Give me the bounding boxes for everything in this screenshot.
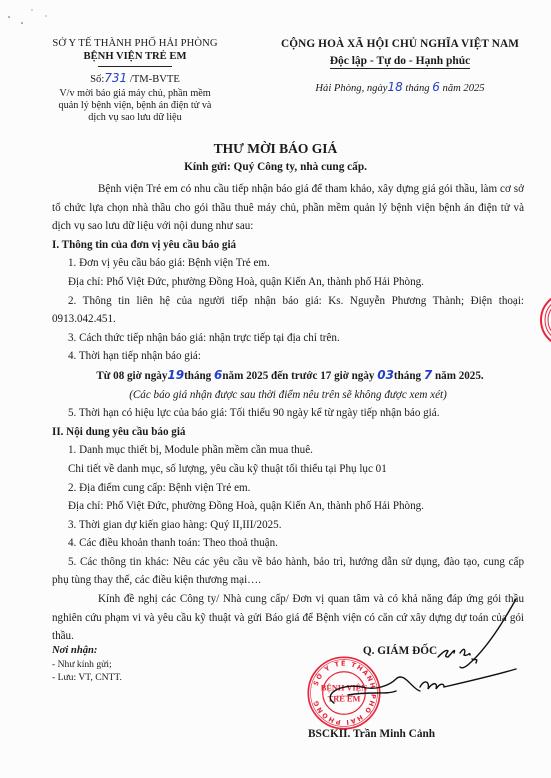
date-month-label: tháng [405,83,429,94]
recipient-item: - Lưu: VT, CNTT. [52,671,122,685]
greeting: Kính gửi: Quý Công ty, nhà cung cấp. [0,161,551,173]
signature-block: Q. GIÁM ĐỐC BSCKII. Trần Minh Cảnh [290,645,460,657]
section-1-item-1: 1. Đơn vị yêu cầu báo giá: Bệnh viện Trẻ… [52,254,524,273]
deadline-end-month: 7 [424,368,432,382]
header-divider [98,66,172,67]
section-2-item-5: 5. Các thông tin khác: Nêu các yêu cầu v… [52,553,524,590]
deadline-part: tháng [394,370,421,382]
subject-line: V/v mời báo giá máy chủ, phần mềm quản l… [40,88,230,125]
deadline-part: năm 2025 đến trước 17 giờ ngày [222,370,374,382]
ref-suffix: /TM-BVTE [130,74,180,85]
section-2-item-4: 4. Các điều khoản thanh toán: Theo thoả … [52,534,524,553]
section-2-item-3: 3. Thời gian dự kiến giao hàng: Quý II,I… [52,516,524,535]
reference-number: Số:731 /TM-BVTE [40,72,230,87]
ref-number-handwritten: 731 [104,71,127,85]
section-2-item-2: 2. Địa điểm cung cấp: Bệnh viện Trẻ em. [52,479,524,498]
department-name: SỞ Y TẾ THÀNH PHỐ HẢI PHÒNG [40,38,230,51]
section-1-item-3: 3. Cách thức tiếp nhận báo giá: nhận trự… [52,329,524,348]
section-2-heading: II. Nội dung yêu cầu báo giá [52,423,524,442]
subject-line-2: quản lý bệnh viện, bệnh án điện tử và [40,100,230,112]
section-1-item-2: 2. Thông tin liên hệ của người tiếp nhận… [52,292,524,329]
date-year: năm 2025 [443,83,485,94]
deadline-part: tháng [184,370,211,382]
section-1-address: Địa chỉ: Phố Việt Đức, phường Đồng Hoà, … [52,273,524,292]
issuer-block: SỞ Y TẾ THÀNH PHỐ HẢI PHÒNG BỆNH VIỆN TR… [40,38,230,124]
section-2-item-1-detail: Chi tiết về danh mục, số lượng, yêu cầu … [52,460,524,479]
section-2-address: Địa chỉ: Phố Việt Đức, phường Đồng Hoà, … [52,497,524,516]
deadline-part: năm 2025. [435,370,484,382]
national-motto: Độc lập - Tự do - Hạnh phúc [330,55,471,69]
section-1-heading: I. Thông tin của đơn vị yêu cầu báo giá [52,236,524,255]
section-1-item-4: 4. Thời hạn tiếp nhận báo giá: [52,347,524,366]
nation-name: CỘNG HOÀ XÃ HỘI CHỦ NGHĨA VIỆT NAM [270,38,530,51]
deadline-end-day: 03 [377,368,394,382]
ref-prefix: Số: [90,74,104,85]
deadline-note: (Các báo giá nhận được sau thời điểm nêu… [52,386,524,405]
recipients-block: Nơi nhận: - Như kính gửi; - Lưu: VT, CNT… [52,644,122,685]
date-month-handwritten: 6 [432,80,440,94]
subject-line-1: V/v mời báo giá máy chủ, phần mềm [40,88,230,100]
scan-specks [0,0,80,40]
recipients-label: Nơi nhận: [52,644,122,658]
date-place: Hải Phòng, ngày [315,83,387,94]
hospital-name: BỆNH VIỆN TRẺ EM [40,51,230,64]
letter-body: Bệnh viện Trẻ em có nhu cầu tiếp nhận bá… [52,180,524,646]
deadline-line: Từ 08 giờ ngày19tháng 6năm 2025 đến trướ… [52,366,524,386]
recipient-item: - Như kính gửi; [52,658,122,672]
document-page: SỞ Y TẾ THÀNH PHỐ HẢI PHÒNG BỆNH VIỆN TR… [0,0,551,778]
section-1-item-5: 5. Thời hạn có hiệu lực của báo giá: Tối… [52,404,524,423]
deadline-part: Từ 08 giờ ngày [96,370,167,382]
subject-line-3: dịch vụ sao lưu dữ liệu [40,112,230,124]
section-2-item-1: 1. Danh mục thiết bị, Module phần mềm cầ… [52,441,524,460]
page-edge-seal [538,290,551,350]
issue-date: Hải Phòng, ngày18 tháng 6 năm 2025 [270,80,530,94]
document-title: THƯ MỜI BÁO GIÁ [0,141,551,157]
intro-paragraph: Bệnh viện Trẻ em có nhu cầu tiếp nhận bá… [52,180,524,236]
date-day-handwritten: 18 [387,80,402,94]
deadline-start-day: 19 [167,368,184,382]
signer-role: Q. GIÁM ĐỐC [290,645,460,657]
national-header: CỘNG HOÀ XÃ HỘI CHỦ NGHĨA VIỆT NAM Độc l… [270,38,530,94]
signer-name: BSCKII. Trần Minh Cảnh [308,728,508,740]
